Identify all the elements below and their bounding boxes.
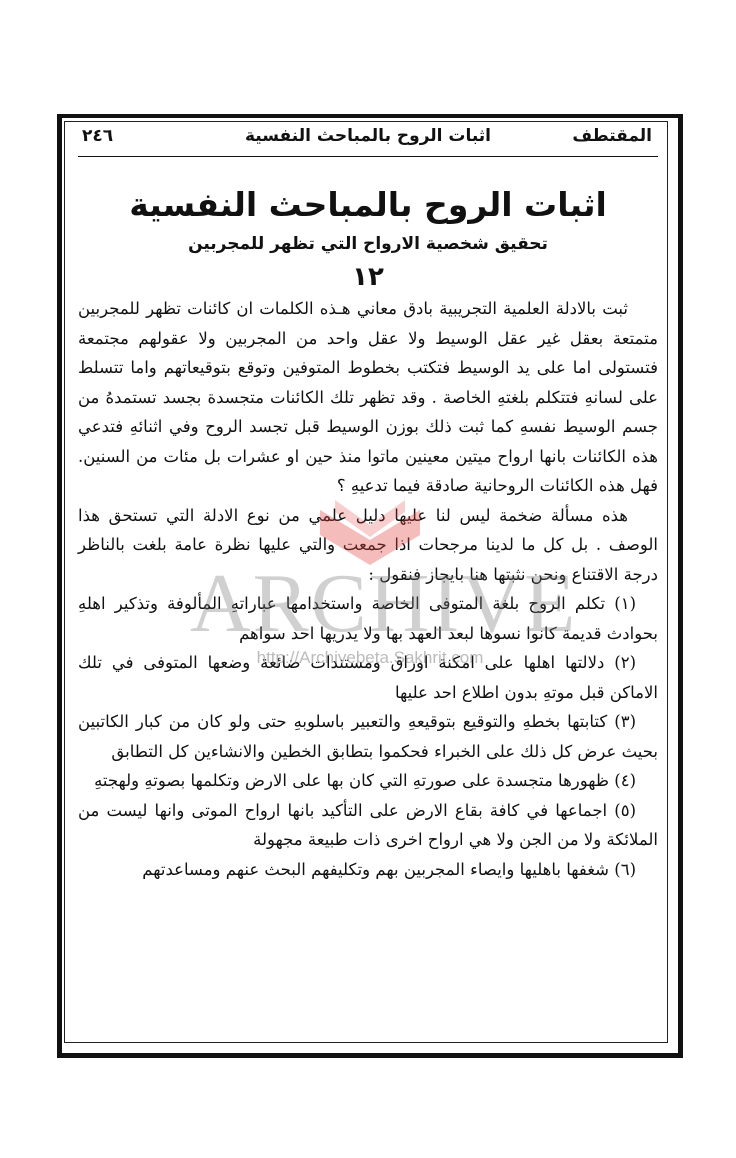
list-item: (٤) ظهورها متجسدة على صورتهِ التي كان به…	[78, 766, 658, 796]
article-title: اثبات الروح بالمباحث النفسية	[72, 184, 664, 226]
item-number: (٣)	[614, 712, 636, 731]
item-text: شغفها باهليها وايصاء المجربين بهم وتكليف…	[142, 860, 609, 879]
document-page: المقتطف اثبات الروح بالمباحث النفسية ٢٤٦…	[72, 124, 664, 884]
list-item: (٦) شغفها باهليها وايصاء المجربين بهم وت…	[78, 855, 658, 885]
article-body: ثبت بالادلة العلمية التجريبية بادق معاني…	[72, 294, 664, 884]
item-number: (١)	[614, 594, 636, 613]
item-number: (٤)	[614, 771, 636, 790]
list-item: (٢) دلالتها اهلها على امكنة اوراق ومستند…	[78, 648, 658, 707]
item-text: اجماعها في كافة بقاع الارض على التأكيد ب…	[78, 801, 658, 850]
item-number: (٦)	[614, 860, 636, 879]
list-item: (٥) اجماعها في كافة بقاع الارض على التأك…	[78, 796, 658, 855]
running-head-title: اثبات الروح بالمباحث النفسية	[72, 126, 664, 146]
item-text: تكلم الروح بلغة المتوفى الخاصة واستخدامه…	[78, 594, 658, 643]
part-number: ١٢	[72, 262, 664, 292]
page-number: ٢٤٦	[82, 126, 113, 146]
item-number: (٢)	[614, 653, 636, 672]
list-item: (٣) كتابتها بخطهِ والتوقيع بتوقيعهِ والت…	[78, 707, 658, 766]
item-text: ظهورها متجسدة على صورتهِ التي كان بها عل…	[94, 771, 609, 790]
header-rule	[78, 156, 658, 157]
paragraph: هذه مسألة ضخمة ليس لنا عليها دليل علمي م…	[78, 501, 658, 590]
list-item: (١) تكلم الروح بلغة المتوفى الخاصة واستخ…	[78, 589, 658, 648]
article-subtitle: تحقيق شخصية الارواح التي تظهر للمجربين	[72, 232, 664, 256]
item-text: كتابتها بخطهِ والتوقيع بتوقيعهِ والتعبير…	[78, 712, 658, 761]
item-number: (٥)	[614, 801, 636, 820]
paragraph: ثبت بالادلة العلمية التجريبية بادق معاني…	[78, 294, 658, 501]
item-text: دلالتها اهلها على امكنة اوراق ومستندات ض…	[78, 653, 658, 702]
running-head: المقتطف اثبات الروح بالمباحث النفسية ٢٤٦	[72, 124, 664, 156]
